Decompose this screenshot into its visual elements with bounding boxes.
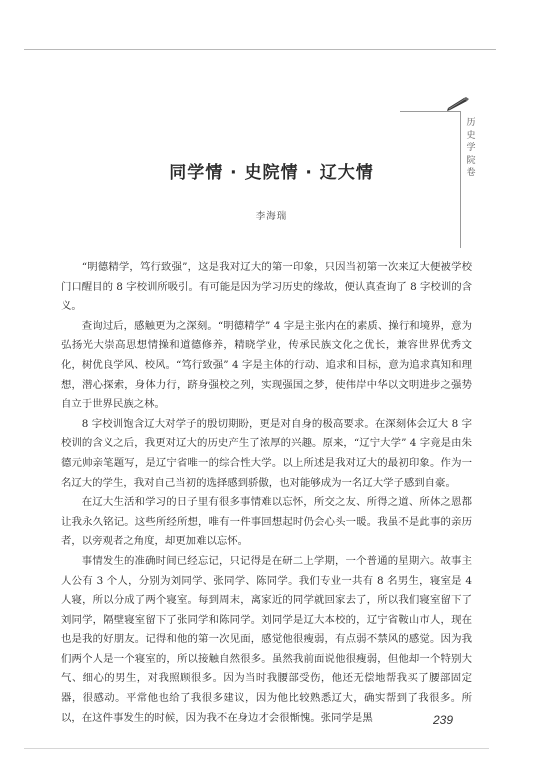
body-paragraph: 在辽大生活和学习的日子里有很多事情难以忘怀，所交之友、所得之道、所体之恩都让我永… <box>61 493 472 552</box>
page-number: 239 <box>433 713 453 727</box>
body-paragraph: 查询过后，感触更为之深刻。“明德精学” 4 字是主张内在的素质、操行和境界，意为… <box>61 317 472 415</box>
article-body: “明德精学，笃行致强”，这是我对辽大的第一印象，只因当初第一次来辽大便被学校门口… <box>61 258 472 728</box>
pencil-icon <box>447 97 469 111</box>
section-label-char: 历 <box>466 117 475 130</box>
body-paragraph: 8 字校训饱含辽大对学子的殷切期盼，更是对自身的极高要求。在深刻体会辽大 8 字… <box>61 415 472 493</box>
article-author: 李海瑞 <box>0 208 543 222</box>
page-bottom-rule <box>24 748 489 749</box>
body-paragraph: “明德精学，笃行致强”，这是我对辽大的第一印象，只因当初第一次来辽大便被学校门口… <box>61 258 472 317</box>
section-marker-horizontal-rule <box>400 111 461 112</box>
section-label-char: 学 <box>466 142 475 155</box>
page-top-rule <box>24 49 496 50</box>
section-label-char: 史 <box>466 130 475 143</box>
article-title: 同学情 · 史院情 · 辽大情 <box>0 158 543 183</box>
body-paragraph: 事情发生的准确时间已经忘记，只记得是在研二上学期，一个普通的星期六。故事主人公有… <box>61 552 472 728</box>
